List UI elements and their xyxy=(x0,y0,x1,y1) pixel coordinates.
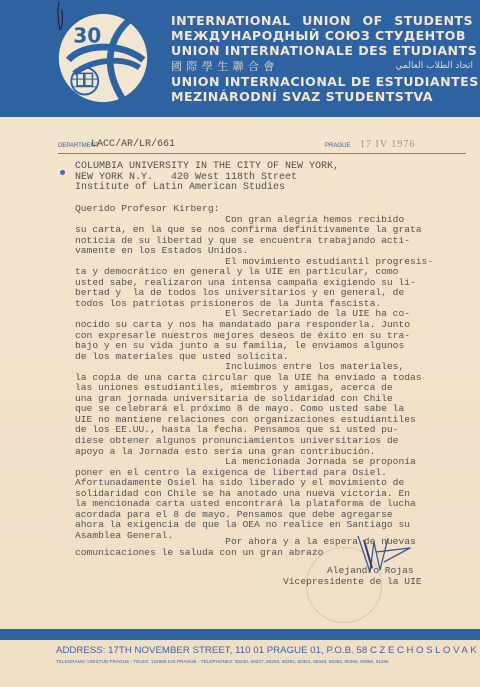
closing-text: Por ahora y a la espera de nuevascomunic… xyxy=(75,537,416,558)
ius-30-anniversary-logo-icon: 30 xyxy=(55,10,151,106)
organization-names: INTERNATIONAL UNION OF STUDENTS МЕЖДУНАР… xyxy=(171,13,473,104)
org-name-chinese-arabic: 國 際 學 生 聯 合 會 اتحاد الطلاب العالمي xyxy=(171,59,473,74)
letter-page: 30 INTERNATIONAL UNION OF STUDENTS МЕЖДУ… xyxy=(0,0,480,687)
org-name-czech: MEZINÁRODNÍ SVAZ STUDENTSTVA xyxy=(171,89,473,104)
footer-contacts: TELEGRAMS: UNISTUD PRAGUE - TELEX: 12285… xyxy=(56,659,472,664)
org-name-russian: МЕЖДУНАРОДНЫЙ СОЮЗ СТУДЕНТОВ xyxy=(171,28,473,43)
signer-title: Vicepresidente de la UIE xyxy=(283,576,422,587)
footer-country: CZECHOSLOVAKIA xyxy=(370,645,480,656)
signer-block: Alejandro RojasVicepresidente de la UIE xyxy=(283,566,422,587)
salutation: Querido Profesor Kirberg: xyxy=(75,204,435,215)
footer-banner xyxy=(0,629,480,640)
svg-text:30: 30 xyxy=(73,24,101,48)
org-name-french: UNION INTERNATIONALE DES ETUDIANTS xyxy=(171,43,473,58)
org-name-spanish: UNION INTERNACIONAL DE ESTUDIANTES xyxy=(171,74,473,89)
city-label: PRAGUE xyxy=(325,143,350,149)
date-stamp: 17 IV 1976 xyxy=(360,139,415,150)
reference-line: DEPARTMENT LACC/AR/LR/661 PRAGUE 17 IV 1… xyxy=(58,139,466,154)
recipient-address: COLUMBIA UNIVERSITY IN THE CITY OF NEW Y… xyxy=(75,162,339,194)
letter-body: Querido Profesor Kirberg: Con gran alegr… xyxy=(75,204,435,542)
org-name-english: INTERNATIONAL UNION OF STUDENTS xyxy=(171,13,473,28)
bullet-dot-icon xyxy=(60,170,65,175)
letterhead-banner: 30 INTERNATIONAL UNION OF STUDENTS МЕЖДУ… xyxy=(0,0,480,117)
department-reference: LACC/AR/LR/661 xyxy=(91,139,175,150)
footer-address: ADDRESS: 17TH NOVEMBER STREET, 110 01 PR… xyxy=(56,645,472,656)
org-name-chinese: 國 際 學 生 聯 合 會 xyxy=(171,59,275,74)
org-name-arabic: اتحاد الطلاب العالمي xyxy=(395,59,473,74)
